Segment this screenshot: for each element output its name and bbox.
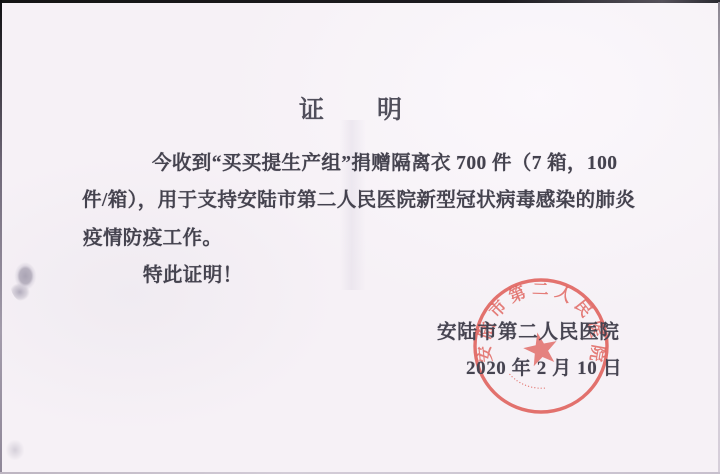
- body-line-2: 件/箱），用于支持安陆市第二人民医院新型冠状病毒感染的肺炎: [82, 184, 635, 212]
- body-line-1: 今收到“买买提生产组”捐赠隔离衣 700 件（7 箱，100: [152, 147, 617, 175]
- body-line-3: 疫情防疫工作。: [83, 222, 222, 250]
- body-line-4: 特此证明！: [143, 259, 243, 287]
- scan-smudge-small: [6, 440, 24, 460]
- signature-organization: 安陆市第二人民医院: [437, 316, 620, 344]
- scanned-document-page: 证 明 今收到“买买提生产组”捐赠隔离衣 700 件（7 箱，100 件/箱），…: [0, 0, 720, 474]
- scan-edge-top: [0, 0, 720, 3]
- scan-edge-left: [0, 0, 2, 474]
- official-red-seal: 安陆市第二人民医院 •••••••••••••: [470, 275, 612, 417]
- scan-smudge: [10, 262, 38, 302]
- page-title: 证 明: [299, 90, 416, 126]
- signature-date: 2020 年 2 月 10 日: [466, 353, 622, 380]
